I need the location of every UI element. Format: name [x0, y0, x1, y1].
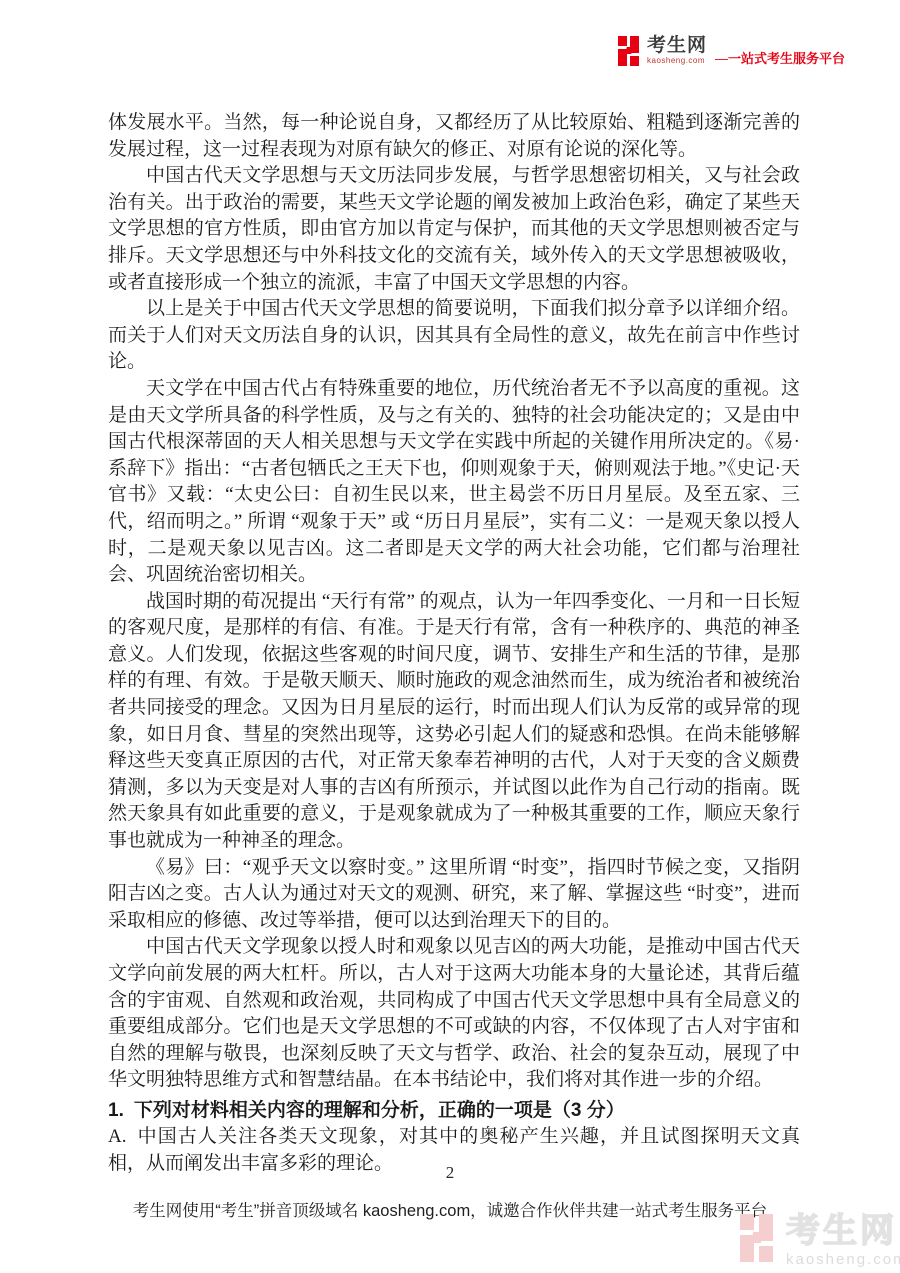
article-body: 体发展水平。当然，每一种论说自身，又都经历了从比较原始、粗糙到逐渐完善的发展过程…	[108, 110, 800, 1177]
body-paragraph: 体发展水平。当然，每一种论说自身，又都经历了从比较原始、粗糙到逐渐完善的发展过程…	[108, 110, 800, 163]
brand-name: 考生网	[647, 36, 707, 55]
watermark-brand: 考生网	[786, 1214, 900, 1248]
document-page: 考生网 kaosheng.com —一站式考生服务平台 体发展水平。当然，每一种…	[0, 0, 900, 1273]
watermark-logo-icon	[740, 1214, 778, 1262]
body-paragraph: 以上是关于中国古代天文学思想的简要说明，下面我们拟分章予以详细介绍。而关于人们对…	[108, 296, 800, 376]
body-paragraph: 《易》曰：“观乎天文以察时变。” 这里所谓 “时变”，指四时节候之变，又指阴阳吉…	[108, 855, 800, 935]
body-paragraph: 战国时期的荀况提出 “天行有常” 的观点，认为一年四季变化、一月和一日长短的客观…	[108, 589, 800, 855]
brand-domain: kaosheng.com	[647, 57, 707, 65]
watermark-text-column: 考生网 kaosheng.com	[786, 1214, 900, 1267]
logo-text-column: 考生网 kaosheng.com	[647, 36, 707, 65]
header-logo: 考生网 kaosheng.com —一站式考生服务平台	[618, 36, 845, 67]
question-text: 下列对材料相关内容的理解和分析，正确的一项是（3 分）	[134, 1100, 625, 1121]
tagline-dash: —	[715, 51, 726, 66]
body-paragraph: 中国古代天文学现象以授人时和观象以见吉凶的两大功能，是推动中国古代天文学向前发展…	[108, 934, 800, 1094]
kaosheng-logo-icon	[618, 36, 642, 66]
page-number: 2	[0, 1163, 900, 1183]
body-paragraph: 天文学在中国古代占有特殊重要的地位，历代统治者无不予以高度的重视。这是由天文学所…	[108, 376, 800, 589]
question-1: 1.下列对材料相关内容的理解和分析，正确的一项是（3 分）	[108, 1097, 800, 1124]
tagline-text: 一站式考生服务平台	[728, 51, 845, 66]
watermark-domain: kaosheng.com	[786, 1252, 900, 1267]
question-number: 1.	[108, 1100, 124, 1121]
brand-tagline: —一站式考生服务平台	[715, 48, 845, 67]
body-paragraph: 中国古代天文学思想与天文历法同步发展，与哲学思想密切相关，又与社会政治有关。出于…	[108, 163, 800, 296]
watermark: 考生网 kaosheng.com	[740, 1214, 900, 1267]
option-label: A.	[108, 1126, 126, 1147]
